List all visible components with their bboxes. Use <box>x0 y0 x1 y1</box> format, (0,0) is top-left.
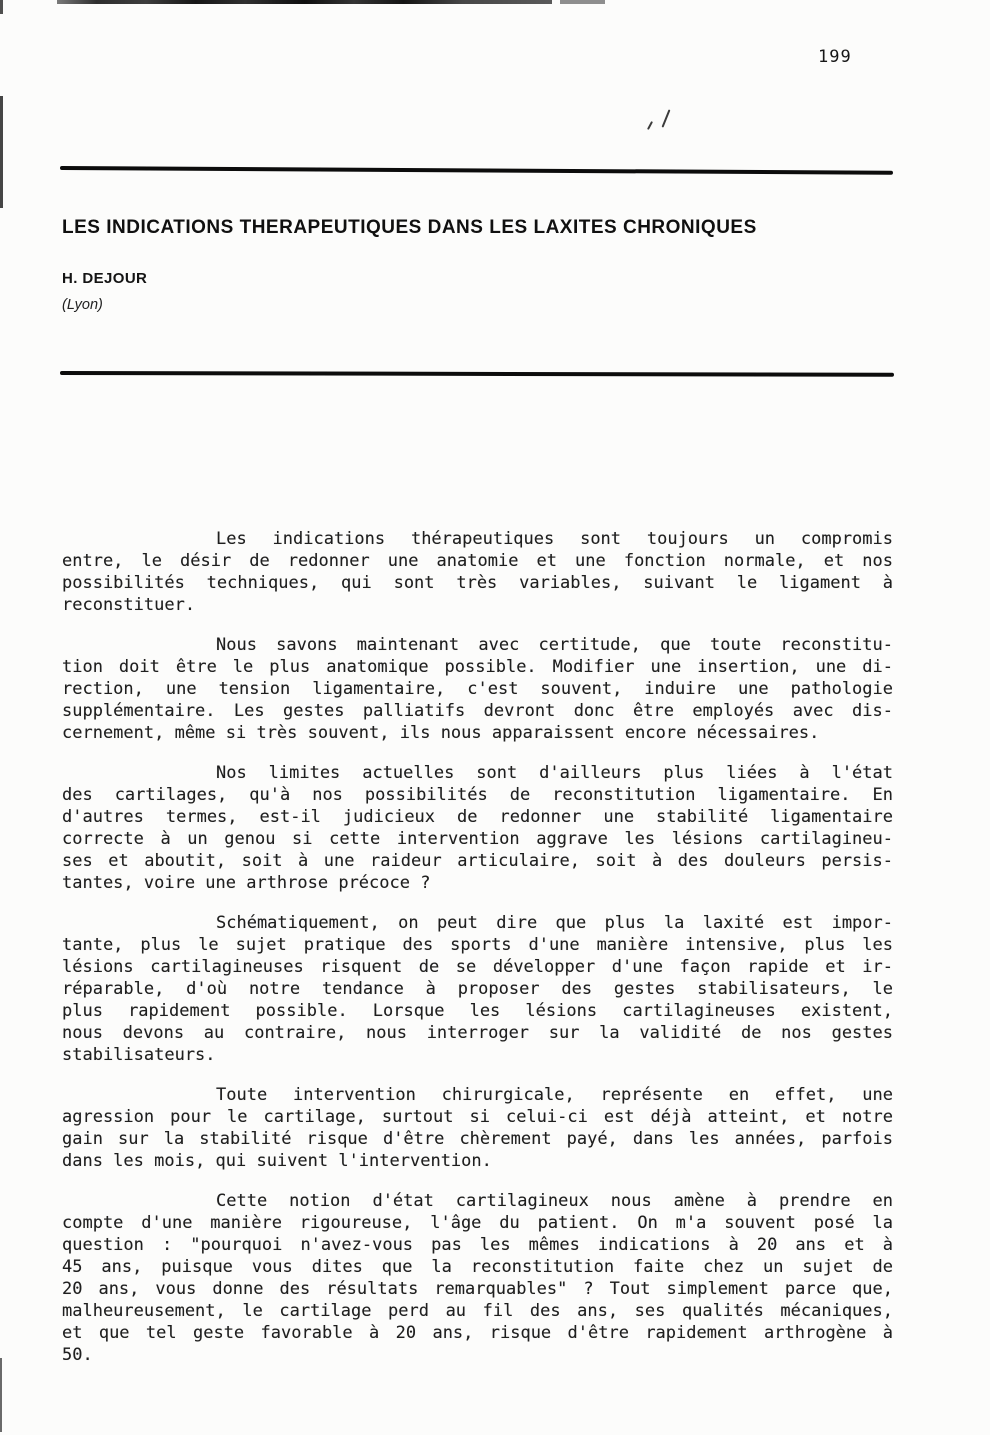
paragraph: Les indications thérapeutiques sont touj… <box>62 528 893 616</box>
text-line: réparable, d'où notre tendance à propose… <box>62 978 893 1000</box>
horizontal-rule-divider <box>60 371 894 377</box>
text-line: Schématiquement, on peut dire que plus l… <box>62 912 893 934</box>
text-line: 45 ans, puisque vous dites que la recons… <box>62 1256 893 1278</box>
text-line: agression pour le cartilage, surtout si … <box>62 1106 893 1128</box>
paragraph: Schématiquement, on peut dire que plus l… <box>62 912 893 1066</box>
text-line: dans les mois, qui suivent l'interventio… <box>62 1150 893 1172</box>
text-line: question : "pourquoi n'avez-vous pas les… <box>62 1234 893 1256</box>
scanned-paper-page: 199 LES INDICATIONS THERAPEUTIQUES DANS … <box>0 0 990 1435</box>
author-affiliation: (Lyon) <box>62 297 103 313</box>
text-line: 50. <box>62 1344 893 1366</box>
paragraph: Nous savons maintenant avec certitude, q… <box>62 634 893 744</box>
text-line: ses et aboutit, soit à une raideur artic… <box>62 850 893 872</box>
text-line: Toute intervention chirurgicale, représe… <box>62 1084 893 1106</box>
text-line: et que tel geste favorable à 20 ans, ris… <box>62 1322 893 1344</box>
article-title: LES INDICATIONS THERAPEUTIQUES DANS LES … <box>62 217 757 239</box>
text-line: tion doit être le plus anatomique possib… <box>62 656 893 678</box>
text-line: plus rapidement possible. Lorsque les lé… <box>62 1000 893 1022</box>
stray-pen-mark <box>662 109 671 127</box>
text-line: 20 ans, vous donne des résultats remarqu… <box>62 1278 893 1300</box>
text-line: reconstituer. <box>62 594 893 616</box>
text-line: malheureusement, le cartilage perd au fi… <box>62 1300 893 1322</box>
text-line: cernement, même si très souvent, ils nou… <box>62 722 893 744</box>
text-line: tante, plus le sujet pratique des sports… <box>62 934 893 956</box>
horizontal-rule-top <box>60 166 893 175</box>
text-line: compte d'une manière rigoureuse, l'âge d… <box>62 1212 893 1234</box>
scan-edge-artifact-left-middle <box>0 96 3 208</box>
text-line: stabilisateurs. <box>62 1044 893 1066</box>
text-line: entre, le désir de redonner une anatomie… <box>62 550 893 572</box>
text-line: nous devons au contraire, nous interroge… <box>62 1022 893 1044</box>
text-line: Cette notion d'état cartilagineux nous a… <box>62 1190 893 1212</box>
text-line: Nos limites actuelles sont d'ailleurs pl… <box>62 762 893 784</box>
text-line: Nous savons maintenant avec certitude, q… <box>62 634 893 656</box>
body-paragraphs: Les indications thérapeutiques sont touj… <box>62 528 893 1384</box>
text-line: d'autres termes, est-il judicieux de red… <box>62 806 893 828</box>
text-line: rection, une tension ligamentaire, c'est… <box>62 678 893 700</box>
paragraph: Nos limites actuelles sont d'ailleurs pl… <box>62 762 893 894</box>
paragraph: Toute intervention chirurgicale, représe… <box>62 1084 893 1172</box>
text-line: des cartilages, qu'à nos possibilités de… <box>62 784 893 806</box>
text-line: supplémentaire. Les gestes palliatifs de… <box>62 700 893 722</box>
scan-edge-artifact-top-right <box>560 0 605 4</box>
text-line: gain sur la stabilité risque d'être chèr… <box>62 1128 893 1150</box>
paragraph: Cette notion d'état cartilagineux nous a… <box>62 1190 893 1366</box>
text-line: correcte à un genou si cette interventio… <box>62 828 893 850</box>
text-line: Les indications thérapeutiques sont touj… <box>62 528 893 550</box>
text-line: tantes, voire une arthrose précoce ? <box>62 872 893 894</box>
author-name: H. DEJOUR <box>62 270 147 287</box>
text-line: lésions cartilagineuses risquent de se d… <box>62 956 893 978</box>
page-number: 199 <box>818 47 852 67</box>
scan-edge-artifact-left-bottom <box>0 1358 2 1432</box>
scan-edge-artifact-left-top <box>0 0 3 14</box>
text-line: possibilités techniques, qui sont très v… <box>62 572 893 594</box>
stray-pen-mark <box>647 121 653 130</box>
scan-edge-artifact-top-left <box>57 0 552 4</box>
